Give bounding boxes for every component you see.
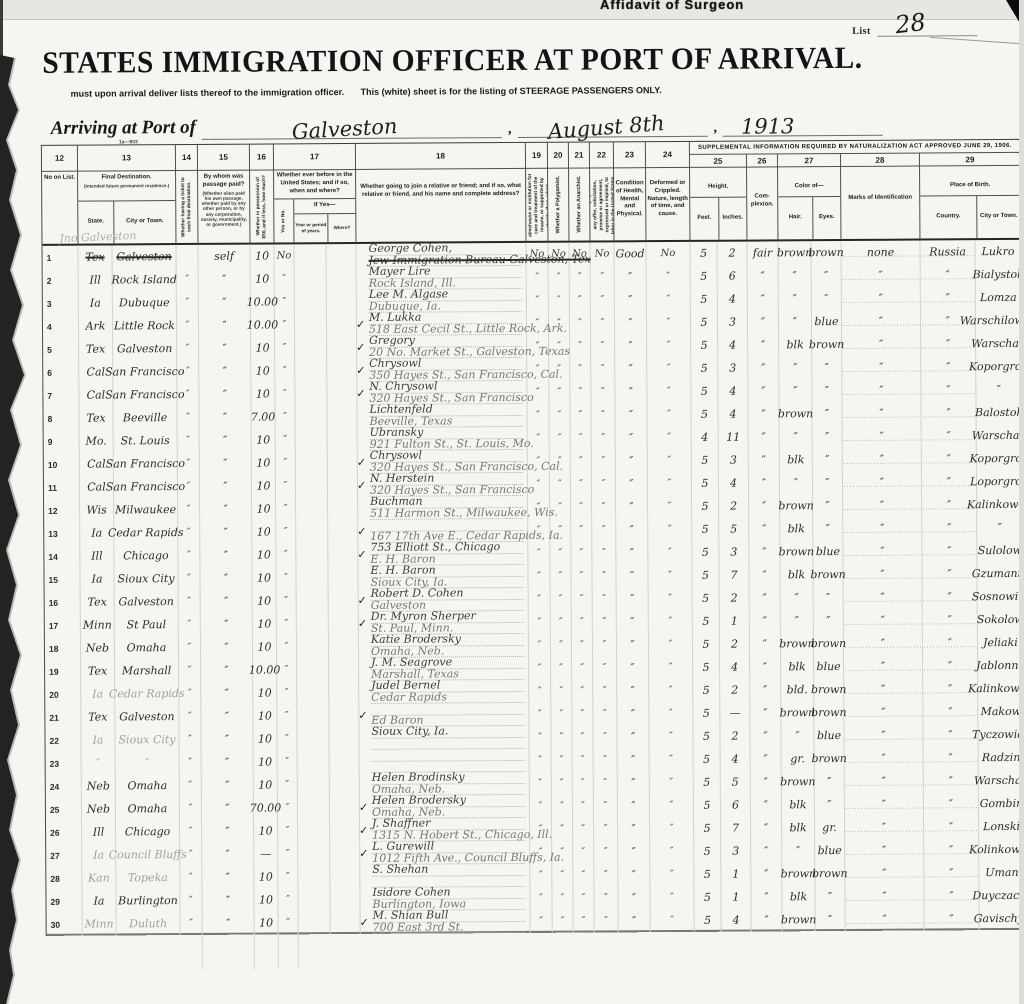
year-entry <box>297 612 329 635</box>
labor-contract-answer: ″ <box>591 334 615 357</box>
where-entry <box>329 612 359 635</box>
deformed-answer: ″ <box>647 357 691 380</box>
ticket-entry: ″ <box>180 751 202 774</box>
date-blank-line: August 8th <box>517 110 707 138</box>
label-year-period: Year or period of years. <box>294 214 328 243</box>
label-feet: Feet. <box>690 198 719 240</box>
row-number: 18 <box>45 637 81 660</box>
deformed-answer: ″ <box>647 380 691 403</box>
passage-paid-entry: ″ <box>201 682 253 705</box>
labor-contract-answer: ″ <box>592 426 616 449</box>
ever-in-us-entry: ″ <box>278 819 298 842</box>
height-feet: 5 <box>692 518 719 541</box>
marks-entry: ″ <box>843 448 922 471</box>
height-feet: 5 <box>691 403 718 426</box>
where-entry <box>329 589 359 612</box>
passage-paid-entry: ″ <box>201 613 253 636</box>
hair-color-entry: ″ <box>780 471 813 494</box>
label-anarchist-vertical: Whether an Anarchist. <box>576 176 583 233</box>
label-where: Where? <box>328 214 355 243</box>
deformed-answer: ″ <box>648 518 692 541</box>
anarchist-answer: ″ <box>570 312 591 335</box>
year-entry <box>298 750 330 773</box>
ticket-entry: ″ <box>177 406 199 429</box>
friend-name-line: Sioux City, Ia. <box>371 726 524 738</box>
column-line-stub <box>278 933 279 969</box>
city-entry: Topeka <box>116 866 180 889</box>
eye-color-entry: ″ <box>813 494 843 517</box>
deformed-answer: ″ <box>649 656 693 679</box>
money-entry: 10 <box>253 681 277 704</box>
state-entry: Neb <box>82 774 116 797</box>
health-answer: ″ <box>616 541 648 564</box>
where-entry <box>330 796 360 819</box>
birth-city-entry: Sosnowitz <box>978 585 1024 608</box>
birth-country-entry: ″ <box>924 884 979 907</box>
ever-in-us-entry: ″ <box>278 750 298 773</box>
birth-country-entry: ″ <box>924 746 979 769</box>
height-inches: 3 <box>718 311 748 334</box>
complexion-entry: ″ <box>750 609 781 632</box>
city-entry: San Francisco <box>113 383 177 406</box>
where-entry <box>327 382 357 405</box>
colnum-20: 20 <box>548 143 569 169</box>
colhead-complexion: Com- plexion. <box>747 167 778 241</box>
complexion-entry: ″ <box>749 494 780 517</box>
row-number: 21 <box>45 706 81 729</box>
deformed-answer: ″ <box>650 794 694 817</box>
year-entry <box>295 405 327 428</box>
friend-address-line: 700 East 3rd St. <box>373 921 526 933</box>
relative-friend-entry: ✓ M. Lukka 518 East Cecil St., Little Ro… <box>357 312 527 336</box>
row-number: 3 <box>43 292 79 315</box>
health-answer: ″ <box>616 449 648 472</box>
row-number: 12 <box>44 499 80 522</box>
height-inches: 4 <box>718 403 748 426</box>
hair-color-entry: brown <box>779 402 812 425</box>
marks-entry: ″ <box>842 356 921 379</box>
marks-entry: ″ <box>845 815 924 838</box>
polygamist-answer: ″ <box>550 473 571 496</box>
ever-in-us-subcols: Yes or No. If Yes— Year or period of yea… <box>274 198 355 243</box>
passage-paid-entry: ″ <box>199 337 251 360</box>
marks-entry: ″ <box>846 907 925 930</box>
hair-color-entry: bld. <box>781 678 814 701</box>
money-entry: 70.00 <box>254 796 278 819</box>
prison-answer: ″ <box>529 680 551 703</box>
state-entry: Ia <box>82 889 116 912</box>
health-answer: ″ <box>616 472 648 495</box>
row-number: 29 <box>46 890 82 913</box>
complexion-entry: ″ <box>748 287 779 310</box>
deformed-answer: ″ <box>647 403 691 426</box>
labor-contract-answer: ″ <box>593 610 617 633</box>
anarchist-answer: ″ <box>570 335 591 358</box>
city-entry: Galveston <box>113 337 177 360</box>
marks-entry: ″ <box>843 563 922 586</box>
passage-paid-entry: ″ <box>200 544 252 567</box>
health-answer: ″ <box>616 426 648 449</box>
relative-friend-entry: ✓ Mayer Lire Rock Island, Ill. <box>357 266 527 290</box>
marks-entry: ″ <box>844 586 923 609</box>
eye-color-entry: blue <box>813 540 843 563</box>
where-entry <box>330 819 360 842</box>
birth-country-entry: ″ <box>921 332 976 355</box>
colnum-24: 24 <box>646 142 690 168</box>
eye-color-entry: ″ <box>814 586 844 609</box>
height-feet: 5 <box>691 288 718 311</box>
colnum-14: 14 <box>176 145 198 171</box>
height-feet: 5 <box>693 725 720 748</box>
passage-paid-entry: self <box>198 245 250 268</box>
polygamist-answer: ″ <box>550 542 571 565</box>
complexion-entry: ″ <box>749 540 780 563</box>
city-entry: Galveston <box>115 590 179 613</box>
birth-city-entry: Tyczowice <box>978 723 1024 746</box>
deformed-answer: ″ <box>651 909 695 932</box>
eye-color-entry: ″ <box>812 379 842 402</box>
marks-entry: ″ <box>845 792 924 815</box>
passage-paid-entry: ″ <box>199 383 251 406</box>
polygamist-answer: ″ <box>552 818 573 841</box>
anarchist-answer: ″ <box>573 864 594 887</box>
birth-country-entry: ″ <box>922 539 977 562</box>
deformed-answer: ″ <box>650 886 694 909</box>
prison-answer: ″ <box>527 404 549 427</box>
ever-in-us-entry: ″ <box>276 543 296 566</box>
polygamist-answer: ″ <box>551 634 572 657</box>
row-number: 27 <box>46 844 82 867</box>
row-number: 26 <box>46 821 82 844</box>
colnum-12: 12 <box>42 146 78 172</box>
where-entry <box>329 727 359 750</box>
row-number: 22 <box>45 729 81 752</box>
money-entry: 10 <box>252 497 276 520</box>
where-entry <box>330 750 360 773</box>
relative-friend-entry: ✓ George Cohen, Jew Immigration Bureau G… <box>356 243 526 267</box>
where-entry <box>330 888 360 911</box>
where-entry <box>327 405 357 428</box>
ever-in-us-entry: ″ <box>277 589 297 612</box>
anarchist-answer: ″ <box>570 266 591 289</box>
state-entry: Neb <box>82 797 116 820</box>
eye-color-entry: blue <box>815 839 845 862</box>
birth-city-entry: Uman <box>979 861 1024 884</box>
ever-in-us-entry: ″ <box>278 842 298 865</box>
complexion-entry: ″ <box>750 586 781 609</box>
checkmark-icon: ✓ <box>357 456 366 469</box>
checkmark-icon: ✓ <box>356 318 365 331</box>
birth-country-entry: ″ <box>922 516 977 539</box>
birth-city-entry: Koporgrod <box>977 447 1023 470</box>
ever-in-us-entry: ″ <box>276 474 296 497</box>
year-entry <box>295 313 327 336</box>
birth-city-entry: Gombin <box>979 792 1024 815</box>
money-entry: 10 <box>253 727 277 750</box>
birth-city-entry: Lukro <box>975 240 1021 263</box>
height-inches: 1 <box>721 863 751 886</box>
height-inches: 4 <box>719 472 749 495</box>
marks-entry: ″ <box>843 471 922 494</box>
health-answer: ″ <box>619 909 651 932</box>
health-answer: ″ <box>615 265 647 288</box>
relative-friend-entry: ✓ Ubransky 921 Fulton St., St. Louis, Mo… <box>358 427 528 451</box>
birth-city-entry: Gzumanig <box>977 562 1023 585</box>
labor-contract-answer: ″ <box>593 587 617 610</box>
anarchist-answer: ″ <box>572 611 593 634</box>
row-number: 14 <box>44 545 80 568</box>
labor-contract-answer: ″ <box>592 495 616 518</box>
complexion-entry: ″ <box>749 471 780 494</box>
anarchist-answer: ″ <box>570 404 591 427</box>
labor-contract-answer: ″ <box>592 472 616 495</box>
health-answer: ″ <box>617 725 649 748</box>
list-number-box: List 28 <box>852 21 977 37</box>
label-no-on-list: No on List. <box>42 172 77 183</box>
where-entry <box>328 428 358 451</box>
birth-country-entry: ″ <box>923 654 978 677</box>
relative-friend-entry: ✓ E. H. Baron Sioux City, Ia. <box>358 565 528 589</box>
complexion-entry: ″ <box>748 333 779 356</box>
birth-city-entry: Warschau <box>979 769 1024 792</box>
column-line-stub <box>202 934 203 970</box>
checkmark-icon: ✓ <box>357 525 366 538</box>
birth-city-entry: Makow <box>978 700 1024 723</box>
height-inches: — <box>720 702 750 725</box>
height-inches: 2 <box>720 679 750 702</box>
birth-city-entry: Loporgrod <box>977 470 1023 493</box>
row-number: 5 <box>43 338 79 361</box>
checkmark-icon: ✓ <box>357 479 366 492</box>
marks-entry: ″ <box>845 746 924 769</box>
birth-city-entry: ″ <box>977 516 1023 539</box>
year-entry <box>298 865 330 888</box>
row-number: 30 <box>47 913 83 936</box>
height-inches: 4 <box>720 656 750 679</box>
label-prison-vertical: Whether ever in prison or almshouse or i… <box>526 171 548 239</box>
color-subcols: Hair. Eyes. <box>778 196 840 239</box>
state-entry: Tex <box>79 337 113 360</box>
passage-paid-entry: ″ <box>202 751 254 774</box>
row-number: 11 <box>44 476 80 499</box>
height-inches: 3 <box>719 541 749 564</box>
relative-friend-entry: ✓ Ed Baron <box>359 703 529 727</box>
prison-answer: ″ <box>529 634 551 657</box>
marks-entry: ″ <box>845 769 924 792</box>
marks-entry: ″ <box>844 701 923 724</box>
height-feet: 5 <box>691 334 718 357</box>
year-entry <box>294 244 326 267</box>
hair-color-entry: blk <box>782 885 815 908</box>
deformed-answer: ″ <box>649 725 693 748</box>
year-entry <box>295 382 327 405</box>
list-number-line: 28 <box>877 21 977 37</box>
money-entry: 10 <box>254 888 278 911</box>
marks-entry: ″ <box>843 517 922 540</box>
year-entry <box>298 773 330 796</box>
eye-color-entry: ″ <box>813 448 843 471</box>
labor-contract-answer: ″ <box>592 449 616 472</box>
city-entry: Omaha <box>115 636 179 659</box>
money-entry: 10 <box>254 773 278 796</box>
state-entry: Minn <box>83 912 117 935</box>
complexion-entry: ″ <box>751 816 782 839</box>
city-entry: Duluth <box>117 912 181 935</box>
year-entry <box>295 359 327 382</box>
marks-entry: ″ <box>844 632 923 655</box>
where-entry <box>328 497 358 520</box>
marks-entry: ″ <box>844 724 923 747</box>
health-answer: ″ <box>615 288 647 311</box>
passage-paid-entry: ″ <box>200 475 252 498</box>
colnum-29: 29 <box>920 153 1021 167</box>
relative-friend-entry: ✓ 167 17th Ave E., Cedar Rapids, Ia. <box>358 519 528 543</box>
polygamist-answer: ″ <box>552 749 573 772</box>
year-entry <box>298 888 330 911</box>
checkmark-icon: ✓ <box>359 847 368 860</box>
birth-country-entry: ″ <box>923 608 978 631</box>
label-height: Height. <box>690 168 746 192</box>
ever-in-us-entry: ″ <box>275 336 295 359</box>
friend-address-line: Cedar Rapids <box>371 691 524 703</box>
passage-paid-entry: ″ <box>199 268 251 291</box>
labor-contract-answer: ″ <box>594 817 618 840</box>
ticket-entry: ″ <box>178 544 200 567</box>
birth-city-entry: Warschau <box>977 424 1023 447</box>
checkmark-icon: ✓ <box>356 387 365 400</box>
city-entry: Council Bluffs <box>116 843 180 866</box>
colnum-27: 27 <box>778 154 841 167</box>
deformed-answer: ″ <box>648 472 692 495</box>
height-feet: 5 <box>691 311 718 334</box>
city-entry: ″ <box>116 751 180 774</box>
row-number: 7 <box>43 384 79 407</box>
city-entry: St Paul <box>115 613 179 636</box>
height-inches: 3 <box>719 449 749 472</box>
where-entry <box>328 451 358 474</box>
deformed-answer: ″ <box>650 840 694 863</box>
marks-entry: ″ <box>843 425 922 448</box>
state-entry: Tex <box>81 590 115 613</box>
health-answer: ″ <box>618 748 650 771</box>
ever-in-us-entry: ″ <box>275 382 295 405</box>
eye-color-entry: ″ <box>815 793 845 816</box>
health-answer: ″ <box>617 702 649 725</box>
hair-color-entry: blk <box>779 333 812 356</box>
height-feet: 5 <box>692 541 719 564</box>
eye-color-entry: ″ <box>812 264 842 287</box>
relative-friend-entry: ✓ Lichtenfeld Beeville, Texas <box>357 404 527 428</box>
health-answer: ″ <box>618 886 650 909</box>
page-title: STATES IMMIGRATION OFFICER AT PORT OF AR… <box>42 39 935 80</box>
ticket-entry: ″ <box>179 705 201 728</box>
height-inches: 6 <box>721 794 751 817</box>
ever-in-us-entry: ″ <box>277 727 297 750</box>
labor-contract-answer: ″ <box>592 541 616 564</box>
labor-contract-answer: ″ <box>591 288 615 311</box>
colhead-money: Whether in possession of $50, and if les… <box>250 170 274 244</box>
label-inches: Inches. <box>719 198 746 240</box>
labor-contract-answer: ″ <box>591 403 615 426</box>
ever-in-us-entry: ″ <box>275 290 295 313</box>
ticket-entry: ″ <box>181 912 203 935</box>
height-inches: 3 <box>721 840 751 863</box>
colnum-15: 15 <box>198 145 250 171</box>
eye-color-entry: gr. <box>815 816 845 839</box>
where-entry <box>327 336 357 359</box>
labor-contract-answer: ″ <box>592 564 616 587</box>
prison-answer: ″ <box>528 542 550 565</box>
where-entry <box>331 911 361 934</box>
height-feet: 5 <box>693 610 720 633</box>
column-line-stub <box>254 934 255 970</box>
passage-paid-entry: ″ <box>200 429 252 452</box>
marks-entry: ″ <box>844 678 923 701</box>
row-number: 19 <box>45 660 81 683</box>
relative-friend-entry: ✓ Buchman 511 Harmon St., Milwaukee, Wis… <box>358 496 528 520</box>
row-number: 25 <box>46 798 82 821</box>
row-number: 4 <box>43 315 79 338</box>
passage-paid-entry: ″ <box>200 498 252 521</box>
arrival-line: Arriving at Port of Galveston , August 8… <box>51 101 1011 141</box>
prison-answer: ″ <box>528 565 550 588</box>
state-entry: Ill <box>79 268 113 291</box>
label-ever-in-us: Whether ever before in the United States… <box>274 170 355 198</box>
height-inches: 4 <box>721 748 751 771</box>
relative-friend-entry: ✓ 753 Elliott St., Chicago E. H. Baron <box>358 542 528 566</box>
birth-country-entry: ″ <box>922 562 977 585</box>
health-answer: ″ <box>617 633 649 656</box>
label-place-of-birth: Place of Birth. <box>920 166 1020 190</box>
ticket-entry: ″ <box>180 843 202 866</box>
health-answer: ″ <box>615 380 647 403</box>
comma: , <box>713 121 717 137</box>
year-entry <box>297 635 329 658</box>
deformed-answer: ″ <box>649 633 693 656</box>
health-answer: ″ <box>616 518 648 541</box>
anarchist-answer: ″ <box>571 496 592 519</box>
checkmark-icon: ✓ <box>359 824 368 837</box>
height-inches: 5 <box>719 518 749 541</box>
birth-city-entry: Warschilowka <box>976 309 1022 332</box>
row-number: 20 <box>45 683 81 706</box>
height-inches: 1 <box>721 886 751 909</box>
where-entry <box>328 520 358 543</box>
colnum-18: 18 <box>356 143 526 170</box>
state-entry: Ill <box>82 820 116 843</box>
height-inches: 7 <box>721 817 751 840</box>
passage-paid-entry: ″ <box>202 866 254 889</box>
prison-answer: ″ <box>529 657 551 680</box>
eye-color-entry: ″ <box>812 402 842 425</box>
city-entry: Omaha <box>116 774 180 797</box>
marks-entry: ″ <box>842 379 921 402</box>
height-feet: 5 <box>694 748 721 771</box>
year-entry <box>295 267 327 290</box>
labor-contract-answer: ″ <box>591 265 615 288</box>
prison-answer: ″ <box>527 266 549 289</box>
eye-color-entry: ″ <box>813 517 843 540</box>
eye-color-entry: blue <box>814 724 844 747</box>
labor-contract-answer: ″ <box>594 771 618 794</box>
eye-color-entry: ″ <box>815 885 845 908</box>
hair-color-entry: blk <box>781 655 814 678</box>
complexion-entry: ″ <box>748 310 779 333</box>
deformed-answer: ″ <box>649 587 693 610</box>
friend-address-line <box>372 737 525 749</box>
birth-city-entry: Duyczacze <box>979 884 1024 907</box>
birth-city-entry: Radzin <box>979 746 1024 769</box>
